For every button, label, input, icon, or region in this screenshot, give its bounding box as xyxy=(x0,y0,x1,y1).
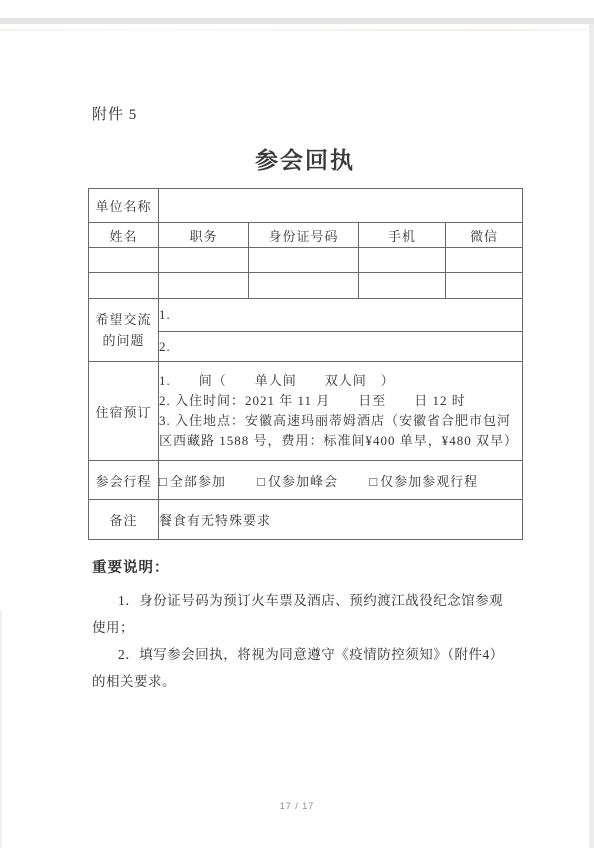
accommodation-line-dates: 2. 入住时间：2021 年 11 月 日至 日 12 时 xyxy=(159,391,522,411)
questions-label-line2: 的问题 xyxy=(89,330,158,351)
person-2-position-cell xyxy=(159,273,249,299)
checkbox-icon: □ xyxy=(369,474,378,489)
header-id-number: 身份证号码 xyxy=(249,223,359,248)
scan-noise-artifact xyxy=(0,29,594,31)
itinerary-label: 参会行程 xyxy=(89,461,159,500)
unit-name-row: 单位名称 xyxy=(89,189,523,223)
header-wechat: 微信 xyxy=(446,223,523,248)
questions-label-line1: 希望交流 xyxy=(89,309,158,330)
checkbox-icon: □ xyxy=(257,474,266,489)
itinerary-option-all: □全部参加 xyxy=(159,471,226,490)
scan-right-edge xyxy=(589,24,594,848)
itinerary-option-tour-only-label: 仅参加参观行程 xyxy=(380,474,478,489)
header-name: 姓名 xyxy=(89,223,159,248)
person-1-id-cell xyxy=(249,248,359,273)
important-note-1: 1．身份证号码为预订火车票及酒店、预约渡江战役纪念馆参观使用； xyxy=(92,587,516,641)
itinerary-option-summit-only: □仅参加峰会 xyxy=(257,471,338,490)
questions-label: 希望交流 的问题 xyxy=(89,299,159,362)
scanned-document-page: 附件 5 参会回执 单位名称 姓名 职务 身份证号码 手机 微信 xyxy=(0,0,594,848)
person-row-1 xyxy=(89,248,523,273)
remarks-row: 备注 餐食有无特殊要求 xyxy=(89,500,523,540)
accommodation-label: 住宿预订 xyxy=(89,362,159,461)
questions-row-1: 希望交流 的问题 1. xyxy=(89,299,523,332)
person-2-name-cell xyxy=(89,273,159,299)
person-1-wechat-cell xyxy=(446,248,523,273)
question-item-1-cell: 1. xyxy=(159,299,523,332)
question-item-2-cell: 2. xyxy=(159,332,523,362)
unit-name-value-cell xyxy=(159,189,523,223)
itinerary-options-cell: □全部参加 □仅参加峰会 □仅参加参观行程 xyxy=(159,461,523,500)
person-1-position-cell xyxy=(159,248,249,273)
important-notes-section: 重要说明： 1．身份证号码为预订火车票及酒店、预约渡江战役纪念馆参观使用； 2．… xyxy=(92,558,516,695)
attachment-label: 附件 5 xyxy=(92,103,137,124)
important-note-2: 2．填写参会回执，将视为同意遵守《疫情防控须知》（附件4）的相关要求。 xyxy=(92,641,516,695)
page-title: 参会回执 xyxy=(88,142,522,175)
person-2-id-cell xyxy=(249,273,359,299)
person-header-row: 姓名 职务 身份证号码 手机 微信 xyxy=(89,223,523,248)
scan-left-edge xyxy=(0,610,2,848)
remarks-content-cell: 餐食有无特殊要求 xyxy=(159,500,523,540)
accommodation-line-hotel: 3. 入住地点：安徽高速玛丽蒂姆酒店（安徽省合肥市包河区西藏路 1588 号，费… xyxy=(159,411,522,451)
reply-form-table: 单位名称 姓名 职务 身份证号码 手机 微信 xyxy=(88,188,523,540)
person-1-name-cell xyxy=(89,248,159,273)
accommodation-details-cell: 1. 间（ 单人间 双人间 ） 2. 入住时间：2021 年 11 月 日至 日… xyxy=(159,362,523,461)
accommodation-line-rooms: 1. 间（ 单人间 双人间 ） xyxy=(159,371,522,391)
itinerary-option-summit-only-label: 仅参加峰会 xyxy=(268,474,338,489)
itinerary-option-all-label: 全部参加 xyxy=(170,474,226,489)
remarks-label: 备注 xyxy=(89,500,159,540)
header-position: 职务 xyxy=(159,223,249,248)
important-notes-heading: 重要说明： xyxy=(92,558,516,578)
checkbox-icon: □ xyxy=(159,474,168,489)
unit-name-label: 单位名称 xyxy=(89,189,159,223)
person-2-mobile-cell xyxy=(359,273,446,299)
itinerary-option-tour-only: □仅参加参观行程 xyxy=(369,471,478,490)
person-row-2 xyxy=(89,273,523,299)
person-2-wechat-cell xyxy=(446,273,523,299)
accommodation-row: 住宿预订 1. 间（ 单人间 双人间 ） 2. 入住时间：2021 年 11 月… xyxy=(89,362,523,461)
header-mobile: 手机 xyxy=(359,223,446,248)
person-1-mobile-cell xyxy=(359,248,446,273)
itinerary-row: 参会行程 □全部参加 □仅参加峰会 □仅参加参观行程 xyxy=(89,461,523,500)
scan-top-band xyxy=(0,18,594,24)
page-number: 17 / 17 xyxy=(0,801,594,811)
